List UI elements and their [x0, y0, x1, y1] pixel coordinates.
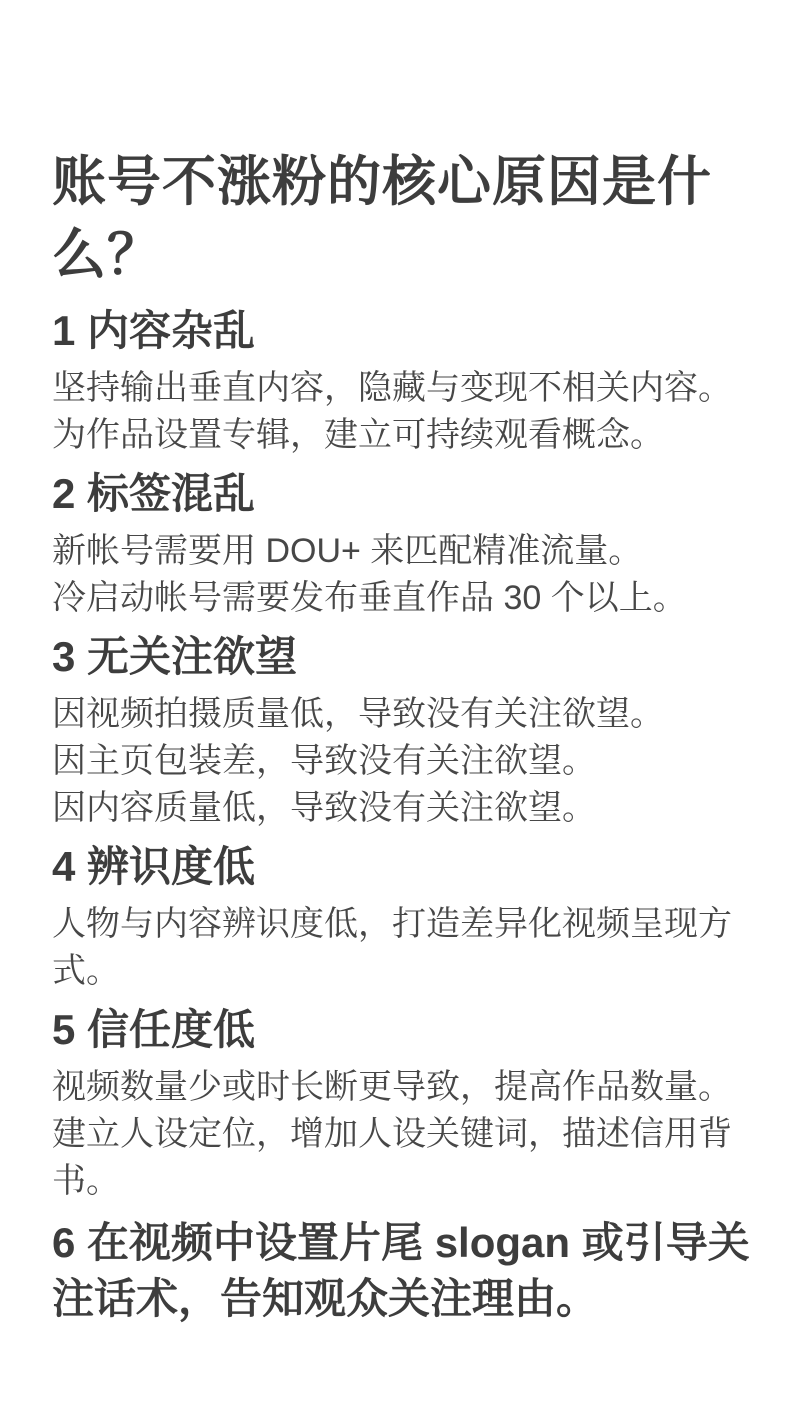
section-line: 因主页包装差，导致没有关注欲望。: [52, 738, 752, 785]
section-heading: 5 信任度低: [52, 1003, 752, 1057]
section-line: 新帐号需要用 DOU+ 来匹配精准流量。: [52, 528, 752, 575]
section-1: 1 内容杂乱坚持输出垂直内容，隐藏与变现不相关内容。为作品设置专辑，建立可持续观…: [52, 304, 752, 459]
section-line: 为作品设置专辑，建立可持续观看概念。: [52, 412, 752, 459]
notes-page: 账号不涨粉的核心原因是什么？ 1 内容杂乱坚持输出垂直内容，隐藏与变现不相关内容…: [0, 0, 800, 1406]
section-5: 5 信任度低视频数量少或时长断更导致，提高作品数量。建立人设定位，增加人设关键词…: [52, 1003, 752, 1205]
section-line: 建立人设定位，增加人设关键词，描述信用背书。: [52, 1111, 752, 1205]
section-line: 坚持输出垂直内容，隐藏与变现不相关内容。: [52, 365, 752, 412]
section-heading: 4 辨识度低: [52, 840, 752, 894]
section-3: 3 无关注欲望因视频拍摄质量低，导致没有关注欲望。因主页包装差，导致没有关注欲望…: [52, 630, 752, 832]
closing-tip: 6 在视频中设置片尾 slogan 或引导关注话术，告知观众关注理由。: [52, 1215, 752, 1327]
section-line: 因视频拍摄质量低，导致没有关注欲望。: [52, 691, 752, 738]
section-line: 人物与内容辨识度低，打造差异化视频呈现方式。: [52, 901, 752, 995]
sections-list: 1 内容杂乱坚持输出垂直内容，隐藏与变现不相关内容。为作品设置专辑，建立可持续观…: [52, 304, 752, 1205]
section-4: 4 辨识度低人物与内容辨识度低，打造差异化视频呈现方式。: [52, 840, 752, 995]
page-title: 账号不涨粉的核心原因是什么？: [52, 146, 752, 292]
section-2: 2 标签混乱新帐号需要用 DOU+ 来匹配精准流量。冷启动帐号需要发布垂直作品 …: [52, 467, 752, 622]
section-line: 因内容质量低，导致没有关注欲望。: [52, 785, 752, 832]
section-line: 冷启动帐号需要发布垂直作品 30 个以上。: [52, 575, 752, 622]
section-line: 视频数量少或时长断更导致，提高作品数量。: [52, 1064, 752, 1111]
section-heading: 2 标签混乱: [52, 467, 752, 521]
section-heading: 1 内容杂乱: [52, 304, 752, 358]
section-heading: 3 无关注欲望: [52, 630, 752, 684]
